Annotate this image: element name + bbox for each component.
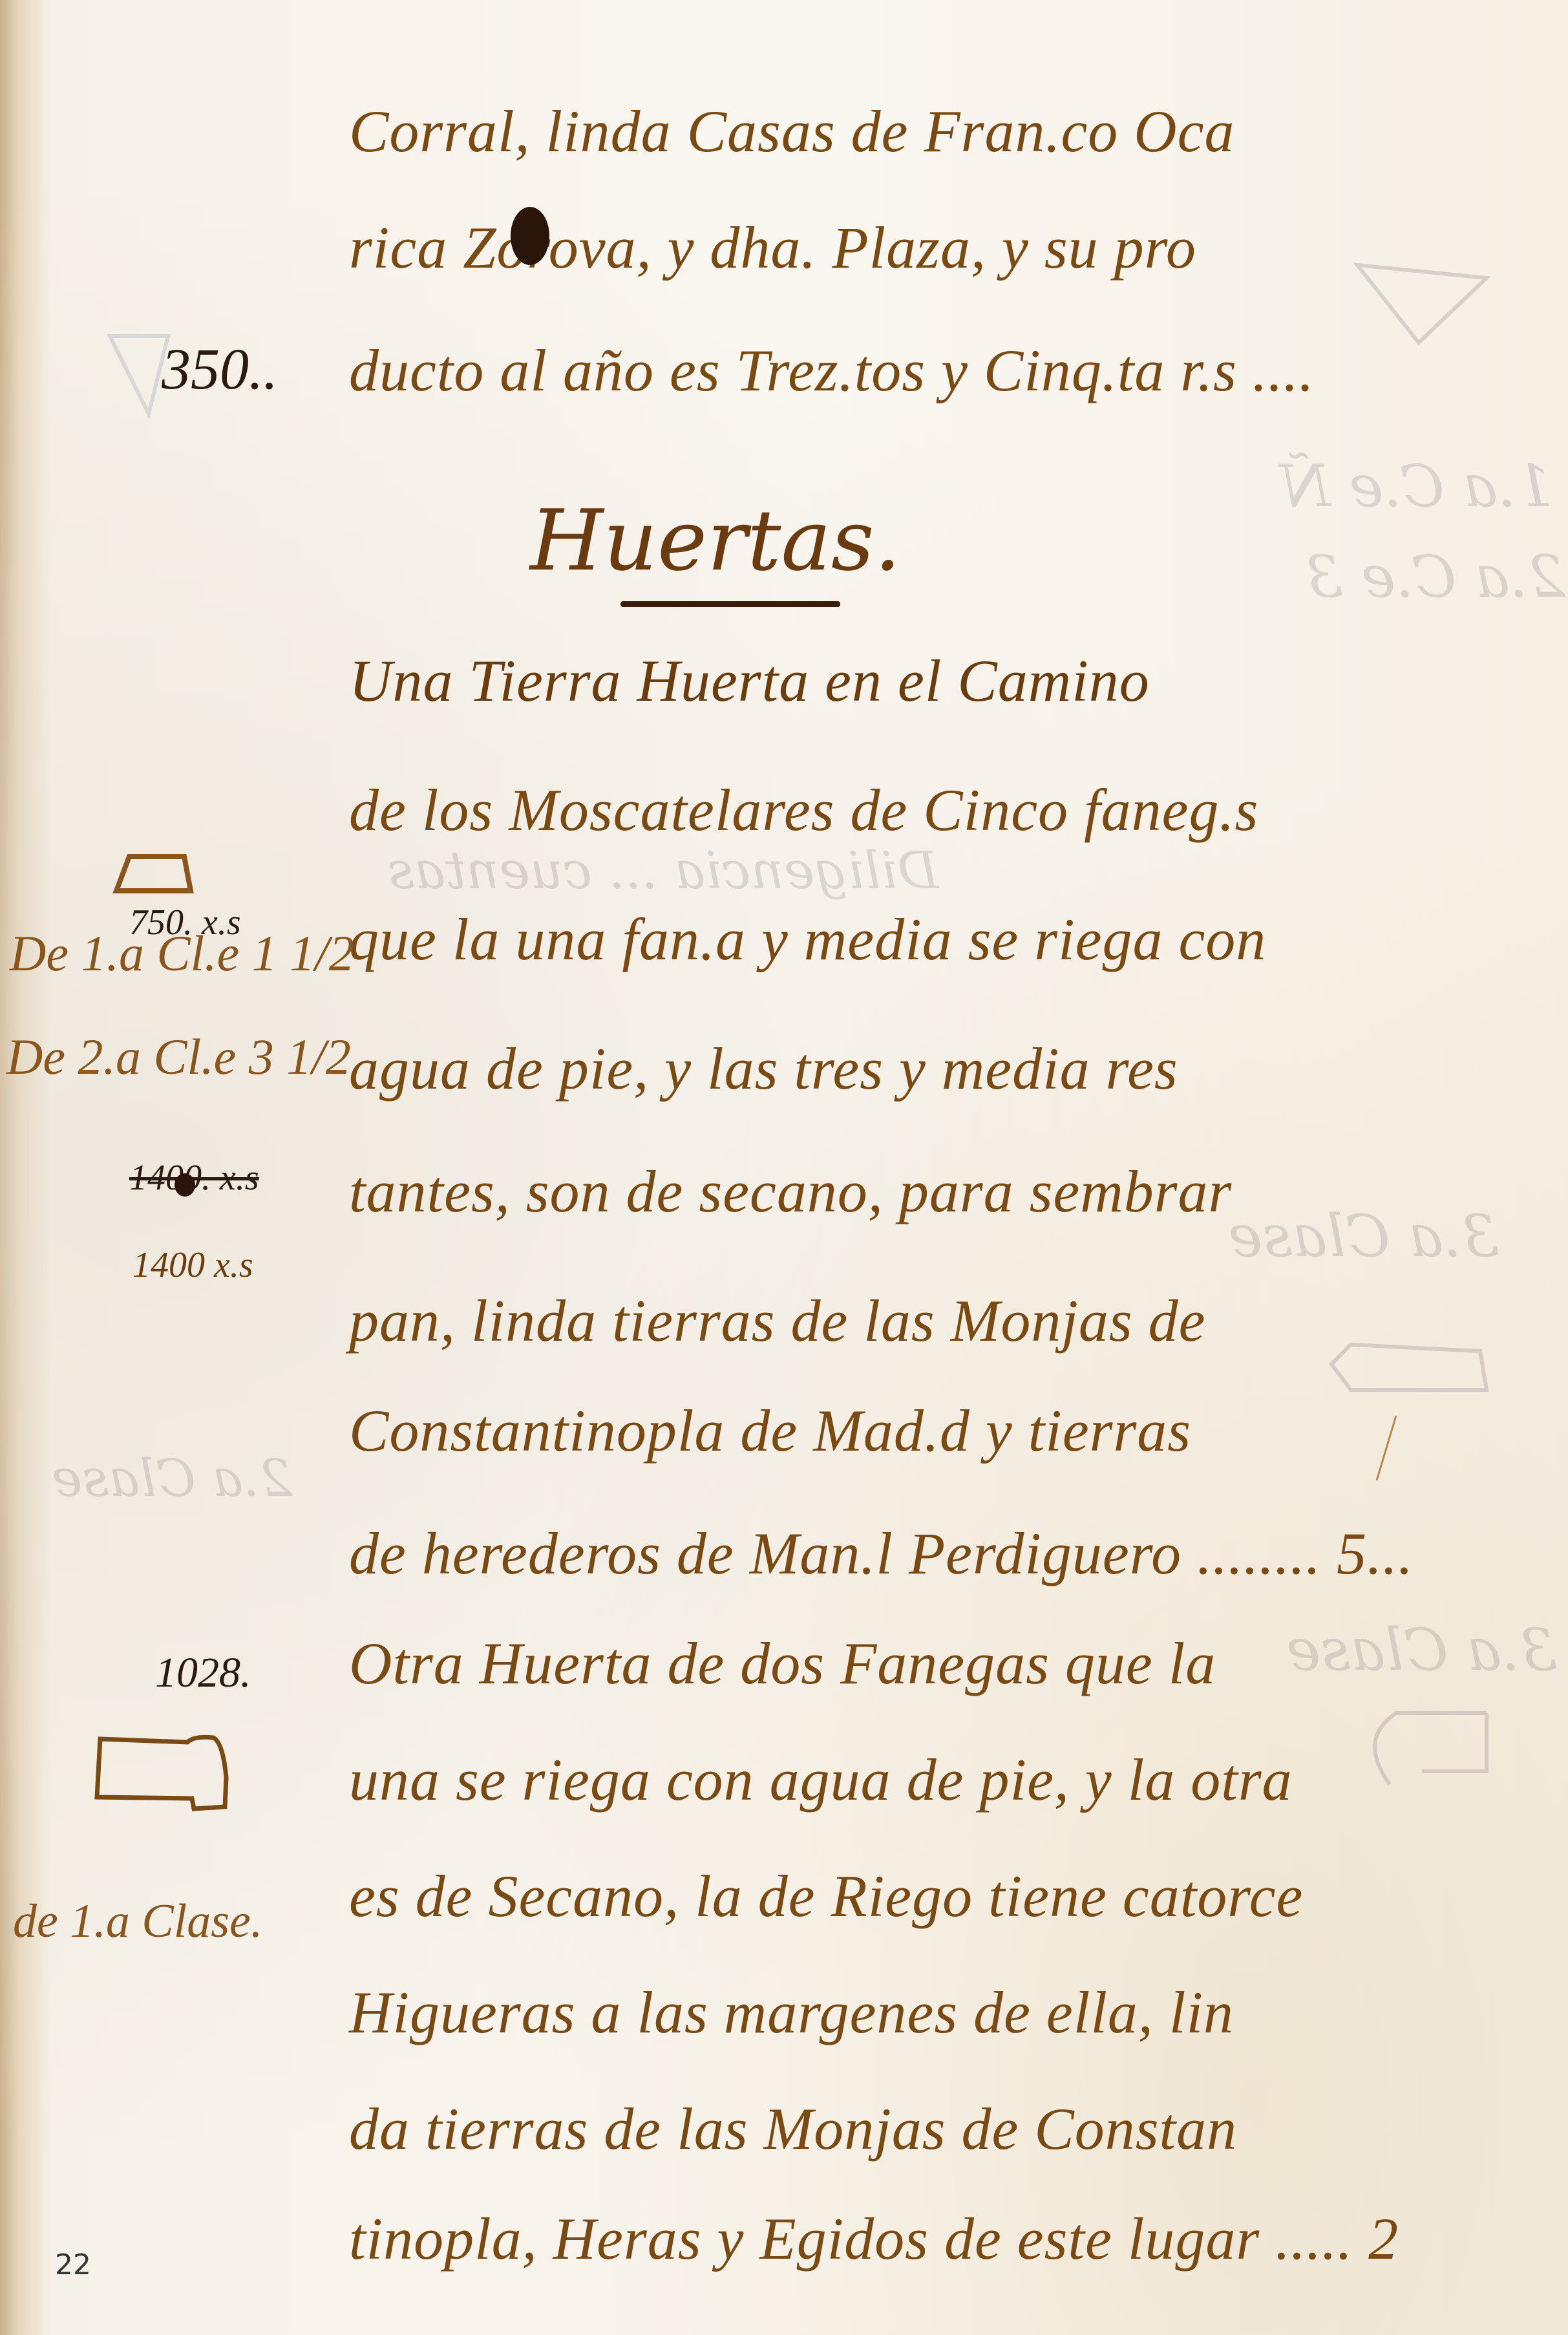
margin-class: de 1.a Clase.: [13, 1894, 262, 1949]
margin-area-struck: 1400. x.s: [129, 1157, 259, 1199]
text-line: Constantinopla de Mad.d y tierras: [349, 1396, 1191, 1465]
bleed-through-text: 3.a Clase: [1228, 1202, 1499, 1270]
text-line: Otra Huerta de dos Fanegas que la: [349, 1629, 1216, 1698]
bleed-through-text: De 1.a C.e Ñ: [1280, 453, 1568, 520]
text-line: tinopla, Heras y Egidos de este lugar ..…: [349, 2204, 1399, 2273]
text-line: una se riega con agua de pie, y la otra: [349, 1745, 1293, 1814]
heading-underline: [620, 601, 840, 607]
ink-blot: [511, 207, 549, 265]
text-line: es de Secano, la de Riego tiene catorce: [349, 1862, 1303, 1930]
plot-sketch-irregular: [90, 1733, 246, 1829]
text-line: Una Tierra Huerta en el Camino: [349, 646, 1150, 715]
margin-class: De 2.a Cl.e 3 1/2: [6, 1028, 351, 1086]
text-line: que la una fan.a y media se riega con: [349, 905, 1266, 974]
text-line: Corral, linda Casas de Fran.co Oca: [349, 97, 1235, 165]
text-line: Higueras a las margenes de ella, lin: [349, 1978, 1234, 2047]
text-line: da tierras de las Monjas de Constan: [349, 2095, 1237, 2163]
text-line: ducto al año es Trez.tos y Cinq.ta r.s .…: [349, 336, 1315, 405]
manuscript-page: De 1.a C.e Ñ De 2.a C.e 3 3.a Clase 3.a …: [0, 0, 1568, 2335]
text-line: rica Zorova, y dha. Plaza, y su pro: [349, 213, 1196, 282]
bleed-through-text: 3.a Clase: [1286, 1616, 1557, 1684]
text-line: pan, linda tierras de las Monjas de: [349, 1286, 1206, 1355]
text-line: agua de pie, y las tres y media res: [349, 1034, 1178, 1103]
bleed-through-text: De 2.a C.e 3: [1306, 543, 1568, 611]
margin-class: De 1.a Cl.e 1 1/2: [10, 924, 354, 983]
ink-blot: [175, 1173, 195, 1197]
text-line: de los Moscatelares de Cinco faneg.s: [349, 776, 1258, 844]
plot-sketch-trapezoid: [110, 853, 226, 905]
text-line: de herederos de Man.l Perdiguero .......…: [349, 1519, 1414, 1588]
section-heading: Huertas.: [530, 491, 901, 590]
bleed-through-text: Diligencia ... cuentas: [388, 840, 938, 901]
margin-value: 350..: [162, 336, 278, 403]
margin-value: 1028.: [155, 1648, 251, 1698]
bleed-through-text: 2.a Clase: [52, 1448, 292, 1508]
text-line: tantes, son de secano, para sembrar: [349, 1157, 1232, 1226]
page-number: 22: [55, 2248, 91, 2281]
margin-area: 1400 x.s: [132, 1244, 253, 1286]
